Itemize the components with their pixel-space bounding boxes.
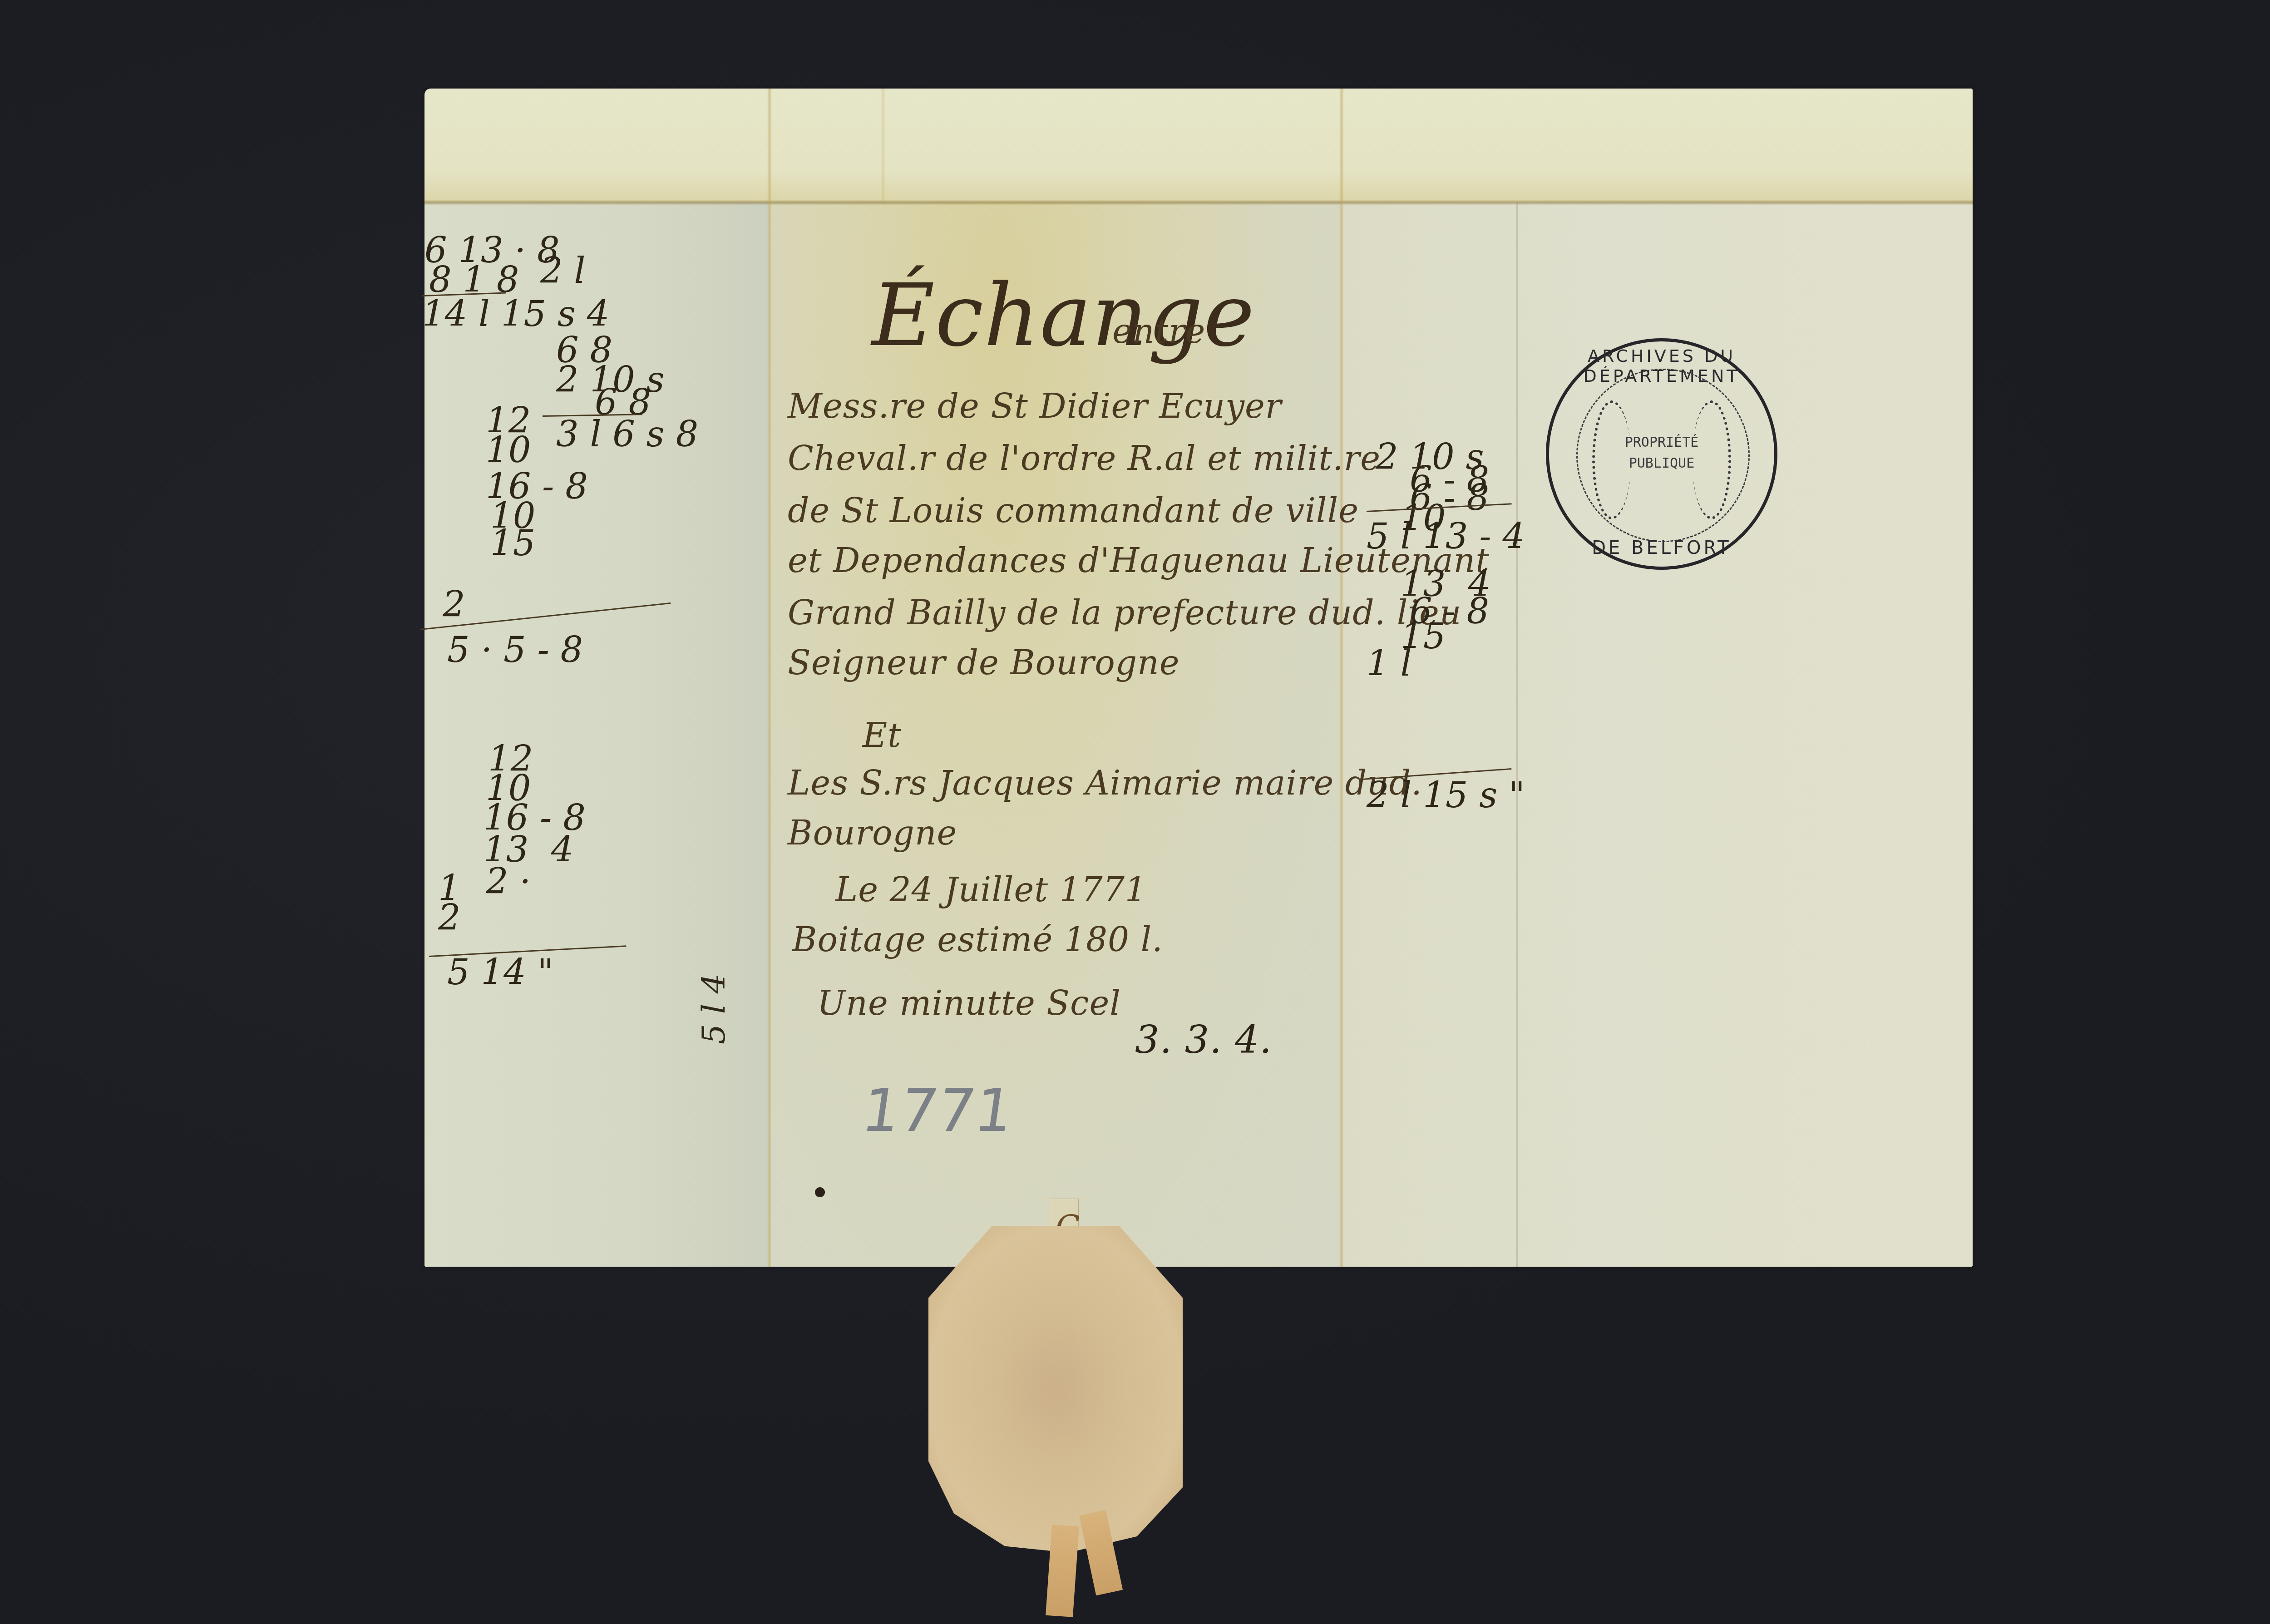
calc-right2-total: 2 l 15 s " — [1367, 781, 1525, 810]
top-fold-line — [424, 200, 1973, 205]
calc-col1-row: 10 — [486, 436, 531, 465]
docket-line: Cheval.r de l'ordre R.al et milit.re — [788, 440, 1381, 477]
margin-rotated-note: 5 l 4 — [699, 973, 728, 1044]
calc-middle-total: 3 l 6 s 8 — [556, 420, 698, 449]
docket-fee: 3. 3. 4. — [1135, 1022, 1272, 1058]
docket-line: Mess.re de St Didier Ecuyer — [788, 388, 1282, 425]
ink-blot — [815, 1187, 825, 1197]
docket-line: Les S.rs Jacques Aimarie maire dud. — [788, 765, 1422, 801]
left-fold-line — [767, 89, 772, 1267]
calc-col1-row: 2 — [443, 590, 465, 619]
docket-estimate: Boitage estimé 180 l. — [792, 922, 1163, 958]
docket-minute-seal: Une minutte Scel — [817, 985, 1121, 1022]
calc-right1-total: 5 l 13 - 4 — [1367, 522, 1525, 551]
calc-col2-row: 2 — [438, 903, 461, 933]
stamp-center-line: PUBLIQUE — [1549, 453, 1774, 474]
calc-top-left-row: 8 1 8 — [429, 266, 519, 295]
archive-stamp: ARCHIVES DU DÉPARTEMENT PROPRIÉTÉ PUBLIQ… — [1546, 338, 1777, 570]
calc-top-label: 2 l — [540, 257, 585, 286]
docket-line: Grand Bailly de la prefecture dud. lieu — [788, 595, 1461, 631]
paper-wax-seal — [928, 1226, 1183, 1553]
calc-col2-row: 2 · — [486, 867, 531, 896]
right-fold-line — [1516, 202, 1518, 1267]
calc-middle-row: 6 8 — [595, 388, 651, 417]
docket-line: Bourogne — [788, 815, 957, 851]
calc-col2-total: 5 14 " — [447, 958, 553, 987]
calc-right2-row: 1 l — [1367, 649, 1411, 678]
stamp-bottom-text: DE BELFORT — [1549, 538, 1774, 558]
stamp-center-text: PROPRIÉTÉ PUBLIQUE — [1549, 432, 1774, 474]
top-band-fold — [881, 89, 885, 202]
stamp-center-line: PROPRIÉTÉ — [1549, 432, 1774, 453]
center-right-fold-line — [1339, 89, 1344, 1267]
calc-col2-row: 16 - 8 — [484, 804, 586, 833]
pencil-year-annotation: 1771 — [858, 1076, 1017, 1145]
docket-line: Seigneur de Bourogne — [788, 645, 1180, 681]
docket-line: Et — [863, 717, 902, 754]
calc-col2-row: 13 4 — [484, 835, 573, 864]
calc-col1-row: 15 — [490, 529, 535, 558]
calc-top-left-total: 14 l 15 s 4 — [422, 300, 609, 329]
calc-col1-total: 5 · 5 - 8 — [447, 636, 583, 665]
docket-title-suffix: entre — [1112, 313, 1205, 350]
docket-line: de St Louis commandant de ville — [788, 493, 1359, 529]
docket-date: Le 24 Juillet 1771 — [835, 872, 1147, 908]
